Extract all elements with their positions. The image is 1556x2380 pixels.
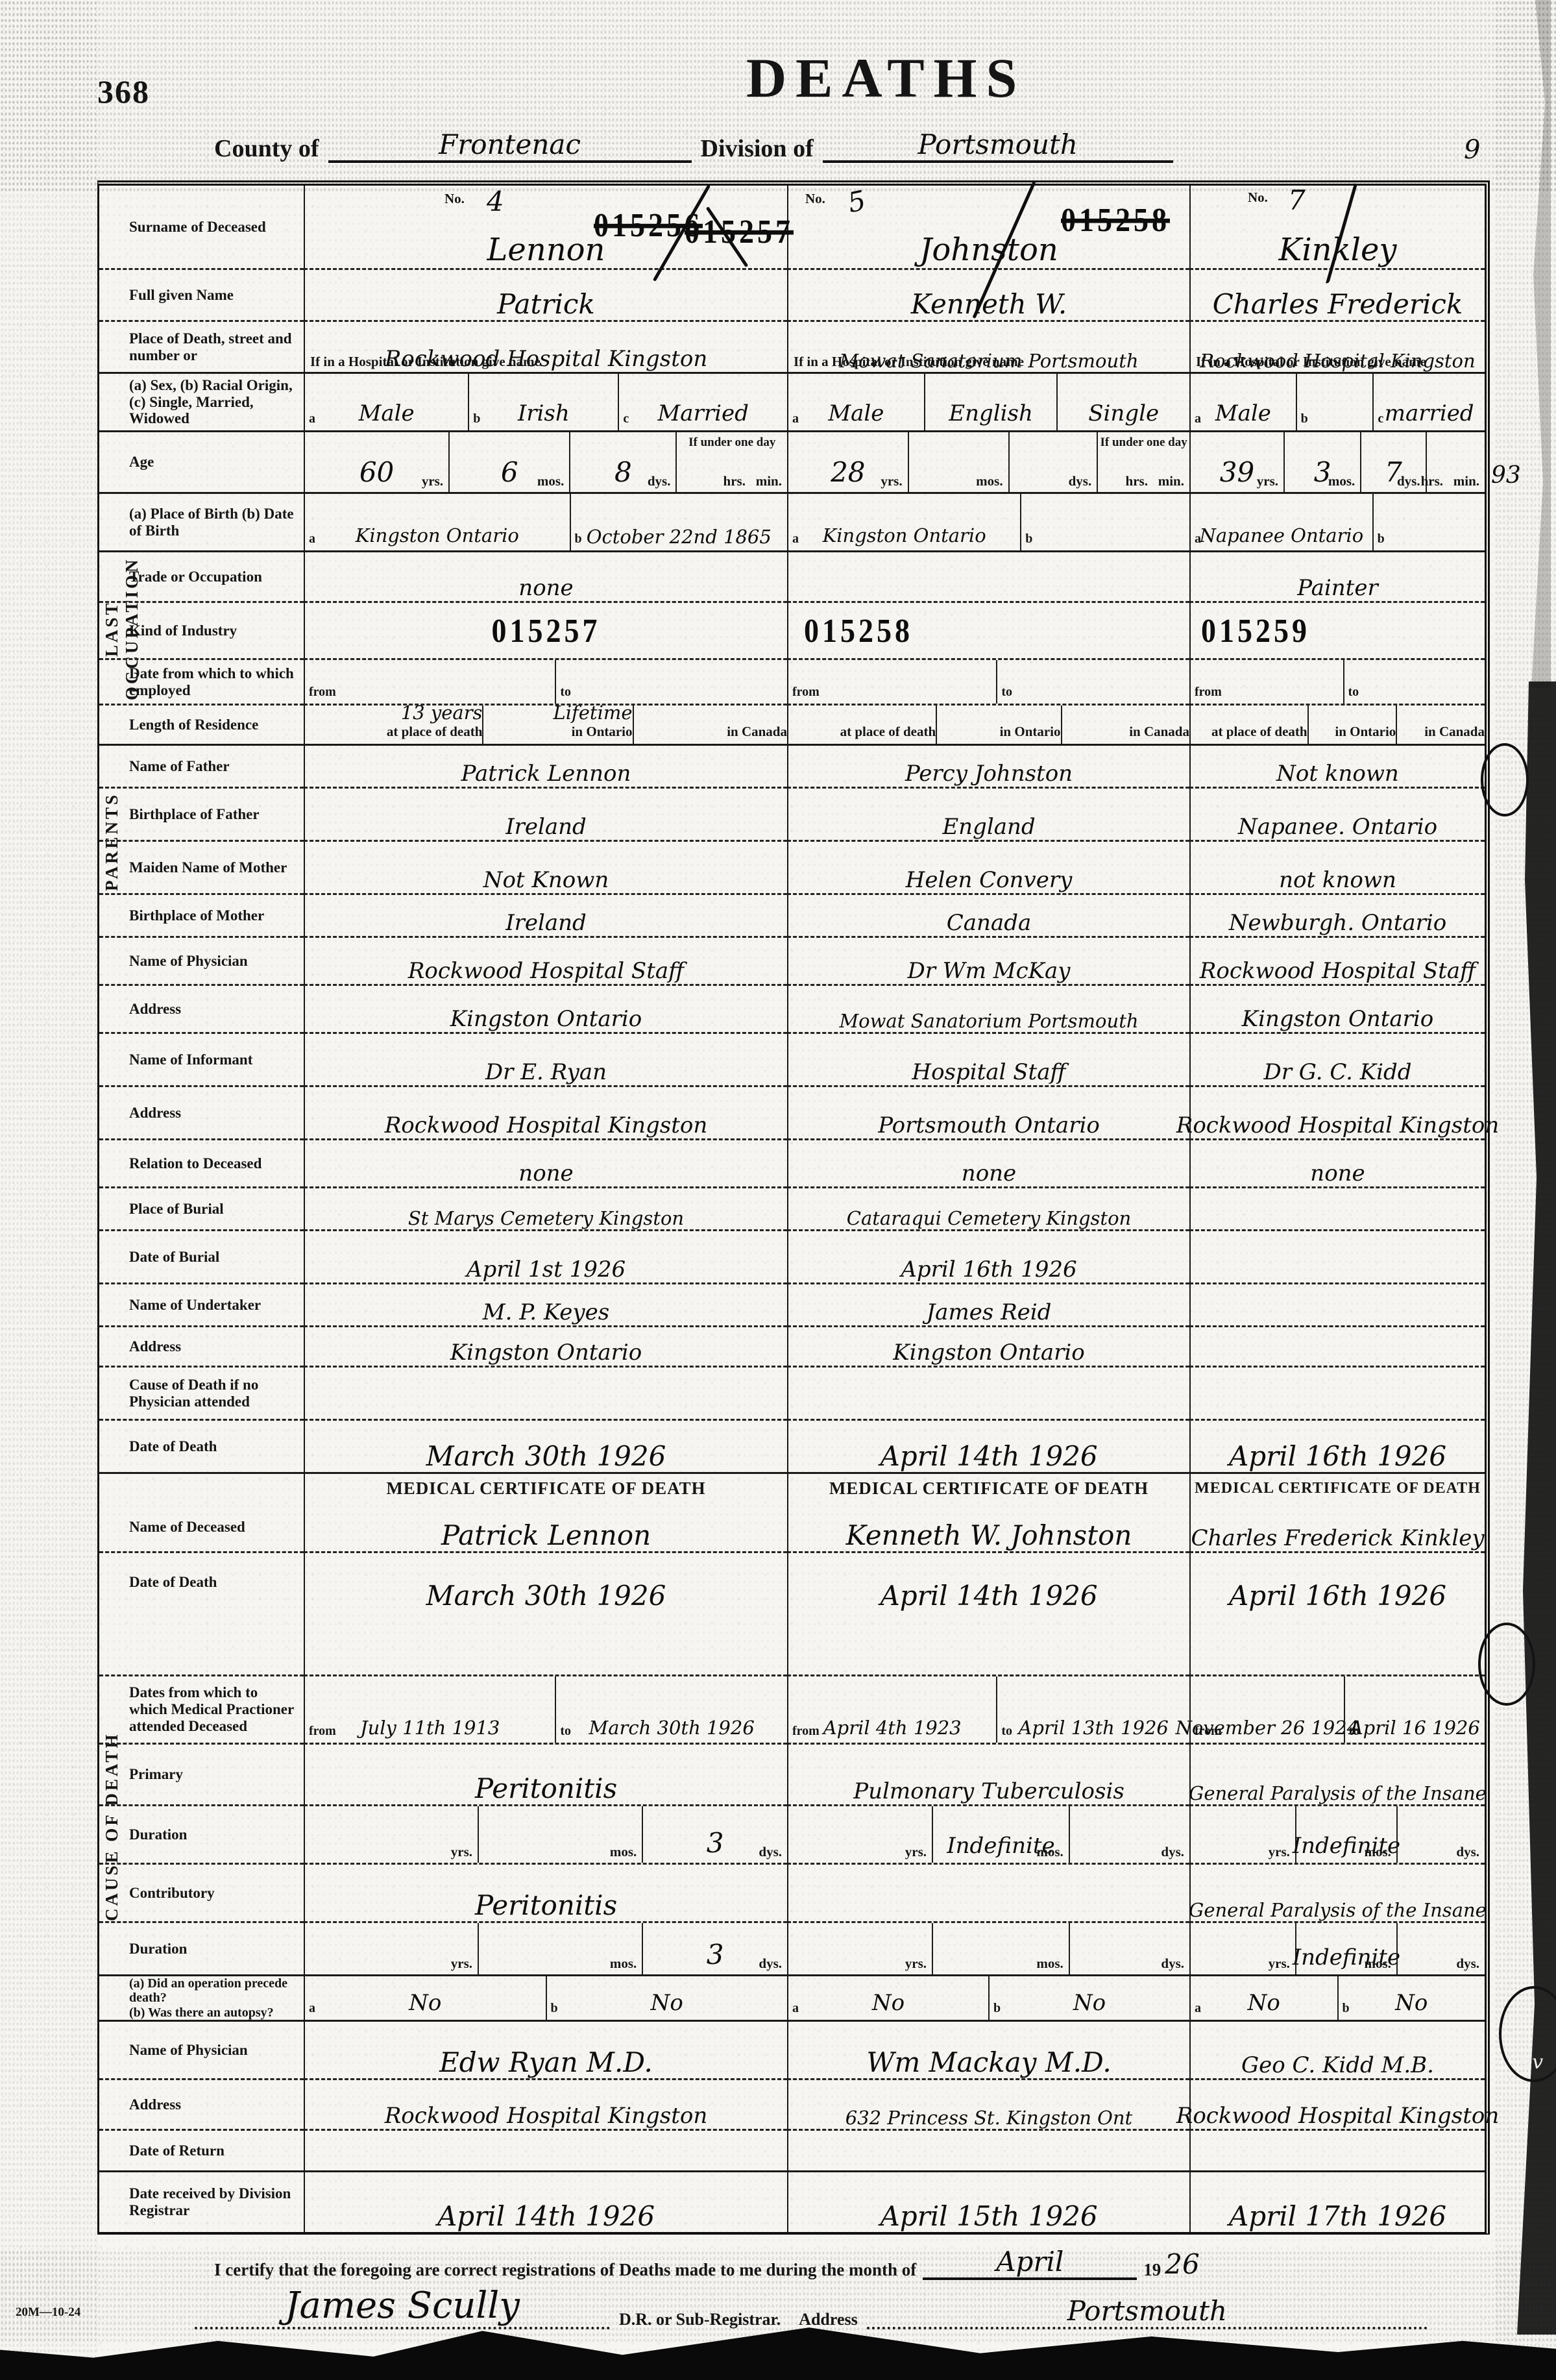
unit-mos: mos. (976, 473, 1003, 489)
pfx-b: b (993, 2001, 1001, 2016)
row-med-cert-header: MEDICAL CERTIFICATE OF DEATH MEDICAL CER… (99, 1474, 1485, 1503)
county-value: Frontenac (439, 129, 581, 160)
row-physician-address: Address Kingston Ontario Mowat Sanatoriu… (99, 986, 1485, 1034)
record1-father: Patrick Lennon (461, 761, 631, 787)
record2-mother-bp: Canada (947, 910, 1032, 936)
record1-informant: Dr E. Ryan (485, 1059, 607, 1085)
certification-month: April (996, 2246, 1064, 2277)
record1-date-received: April 14th 1926 (437, 2200, 655, 2232)
under-one-day-note: If under one day (1099, 436, 1188, 450)
pfx-b: b (1301, 411, 1308, 426)
record3-stamp: 015258 (1061, 201, 1170, 239)
label-cause-no-physician: Cause of Death if no Physician attended (99, 1368, 304, 1421)
row-burial-place: Place of Burial St Marys Cemetery Kingst… (99, 1188, 1485, 1231)
record1-age-mos: 6 (501, 456, 518, 488)
record2-date-received: April 15th 1926 (880, 2200, 1097, 2232)
label-place-of-death: Place of Death, street and number or (99, 322, 304, 374)
pfx-c: c (623, 411, 629, 426)
record2-cert-name: Kenneth W. Johnston (846, 1519, 1132, 1551)
record3-given-name: Charles Frederick (1213, 288, 1463, 320)
to-label: to (1348, 685, 1359, 700)
record3-sex: Male (1215, 400, 1271, 426)
unit-hrs: hrs. (1126, 473, 1148, 489)
hospital-note: If in a Hospital or Institution give nam… (794, 354, 1184, 370)
row-cert-physician-address: Address Rockwood Hospital Kingston 632 P… (99, 2080, 1485, 2131)
margin-note-93: 93 (1491, 462, 1521, 489)
unit-mos: mos. (1036, 1956, 1063, 1972)
record2-informant-addr: Portsmouth Ontario (878, 1112, 1100, 1138)
record1-undertaker-addr: Kingston Ontario (450, 1340, 642, 1366)
label-attended: Dates from which to which Medical Practi… (99, 1676, 304, 1745)
in-canada-label: in Canada (1424, 724, 1485, 740)
registrar-label: D.R. or Sub-Registrar. (619, 2310, 781, 2329)
record1-cert-date: March 30th 1926 (426, 1580, 666, 1612)
label-industry: Kind of Industry (99, 603, 304, 660)
label-informant: Name of Informant (99, 1034, 304, 1087)
row-contributory-duration: Duration yrs. mos. dys.3 yrs. mos. dys. … (99, 1923, 1485, 1976)
record1-age-dys: 8 (614, 456, 632, 488)
record3-cert-name: Charles Frederick Kinkley (1191, 1525, 1484, 1551)
label-residence: Length of Residence (99, 705, 304, 746)
unit-mos: mos. (1328, 473, 1355, 489)
record2-cert-date: April 14th 1926 (880, 1580, 1097, 1612)
record2-given-name: Kenneth W. (911, 288, 1067, 320)
pfx-b: b (473, 411, 480, 426)
label-father-birthplace: Birthplace of Father (99, 789, 304, 842)
page-number: 368 (97, 73, 150, 110)
register-table: LAST OCCUPATION PARENTS CAUSE OF DEATH S… (97, 180, 1490, 2235)
record2-physician: Dr Wm McKay (907, 958, 1070, 984)
pfx-a: a (1195, 2001, 1201, 2016)
in-canada-label: in Canada (1129, 724, 1189, 740)
row-undertaker-address: Address Kingston Ontario Kingston Ontari… (99, 1327, 1485, 1368)
record3-occupation: Painter (1297, 575, 1378, 601)
record1-date-of-death: March 30th 1926 (426, 1440, 666, 1472)
operation-label: (a) Did an operation precede death? (129, 1976, 297, 2006)
record1-birth-place: Kingston Ontario (356, 524, 519, 546)
label-physician: Name of Physician (99, 938, 304, 986)
record1-industry-stamp: 015257 (492, 611, 601, 650)
record2-cert-physician-addr: 632 Princess St. Kingston Ont (845, 2107, 1132, 2129)
registrar-signature: James Scully (285, 2285, 520, 2327)
at-place-label: at place of death (387, 724, 483, 740)
label-surname: Surname of Deceased (99, 186, 304, 270)
pfx-b: b (1378, 532, 1385, 546)
record2-racial-origin: English (949, 400, 1033, 426)
unit-mos: mos. (1365, 1956, 1391, 1972)
to-label: to (1001, 685, 1012, 700)
margin-note-9: 9 (1464, 135, 1480, 165)
row-place-of-death: Place of Death, street and number or Roc… (99, 322, 1485, 374)
from-label: from (309, 685, 336, 700)
unit-yrs: yrs. (451, 1844, 472, 1860)
record2-stamp: 015257 (685, 212, 794, 251)
at-place-label: at place of death (1211, 724, 1307, 740)
label-physician: Name of Physician (99, 2022, 304, 2080)
record2-burial-place: Cataraqui Cemetery Kingston (847, 1207, 1131, 1229)
record3-operation: No (1248, 1990, 1280, 2016)
unit-hrs: hrs. (1421, 473, 1443, 489)
division-label: Division of (701, 134, 814, 163)
pfx-a: a (309, 2001, 315, 2016)
label-burial-date: Date of Burial (99, 1231, 304, 1284)
to-label: to (560, 1724, 571, 1739)
row-relation: Relation to Deceased none none none (99, 1140, 1485, 1188)
record1-birth-date: October 22nd 1865 (587, 527, 772, 546)
row-mother: Maiden Name of Mother Not Known Helen Co… (99, 842, 1485, 895)
label-date-of-death: Date of Death (99, 1421, 304, 1474)
record1-cert-name: Patrick Lennon (441, 1519, 651, 1551)
label-given-name: Full given Name (99, 270, 304, 322)
record3-father-bp: Napanee. Ontario (1238, 814, 1437, 840)
label-empty (99, 1474, 304, 1503)
record2-burial-date: April 16th 1926 (901, 1257, 1076, 1282)
under-one-day-note: If under one day (678, 436, 786, 450)
pfx-a: a (309, 411, 315, 426)
record1-operation: No (409, 1990, 441, 2016)
record2-age-yrs: 28 (831, 456, 865, 488)
row-cause-no-physician: Cause of Death if no Physician attended (99, 1368, 1485, 1421)
unit-min: min. (1158, 473, 1184, 489)
record1-attended-from: July 11th 1913 (360, 1717, 500, 1739)
no-label: No. (805, 191, 825, 207)
unit-dys: dys. (759, 1956, 782, 1972)
record3-informant: Dr G. C. Kidd (1263, 1059, 1411, 1085)
record3-age-yrs: 39 (1220, 456, 1254, 488)
row-physician: Name of Physician Rockwood Hospital Staf… (99, 938, 1485, 986)
record3-autopsy: No (1395, 1990, 1428, 2016)
to-label: to (1349, 1724, 1360, 1739)
in-canada-label: in Canada (727, 724, 787, 740)
record1-cert-physician-addr: Rockwood Hospital Kingston (385, 2103, 708, 2129)
record1-autopsy: No (651, 1990, 683, 2016)
record2-attended-from: April 4th 1923 (823, 1717, 962, 1739)
row-birth: (a) Place of Birth (b) Date of Birth aKi… (99, 494, 1485, 552)
record3-date-of-death: April 16th 1926 (1229, 1440, 1446, 1472)
label-undertaker: Name of Undertaker (99, 1284, 304, 1327)
unit-yrs: yrs. (881, 473, 902, 489)
record3-no: 7 (1288, 184, 1306, 216)
scan-edge-bottom (0, 2324, 1556, 2380)
pfx-a: a (1195, 532, 1201, 546)
row-informant: Name of Informant Dr E. Ryan Hospital St… (99, 1034, 1485, 1087)
row-father: Name of Father Patrick Lennon Percy John… (99, 746, 1485, 789)
unit-yrs: yrs. (1257, 473, 1278, 489)
record1-contributory: Peritonitis (475, 1889, 617, 1921)
record1-no: 4 (487, 186, 504, 217)
label-employed: Date from which to which employed (99, 660, 304, 705)
record3-primary: General Paralysis of the Insane (1189, 1782, 1487, 1804)
autopsy-label: (b) Was there an autopsy? (129, 2006, 297, 2020)
row-given-name: Full given Name Patrick Kenneth W. Charl… (99, 270, 1485, 322)
row-burial-date: Date of Burial April 1st 1926 April 16th… (99, 1231, 1485, 1284)
row-employed: Date from which to which employed from t… (99, 660, 1485, 705)
record2-autopsy: No (1073, 1990, 1106, 2016)
label-address: Address (99, 986, 304, 1034)
from-label: from (792, 685, 820, 700)
unit-mos: mos. (610, 1844, 637, 1860)
record1-surname: Lennon (487, 232, 605, 268)
record2-attended-to: April 13th 1926 (1018, 1717, 1168, 1739)
row-residence: Length of Residence 13 yearsat place of … (99, 705, 1485, 746)
record2-undertaker-addr: Kingston Ontario (893, 1340, 1085, 1366)
pfx-b: b (575, 532, 582, 546)
unit-min: min. (1453, 473, 1479, 489)
record2-mother: Helen Convery (906, 867, 1073, 893)
record2-date-of-death: April 14th 1926 (880, 1440, 1097, 1472)
unit-mos: mos. (1365, 1844, 1391, 1860)
record1-contrib-dur-dys: 3 (707, 1939, 724, 1970)
label-father: Name of Father (99, 746, 304, 789)
page-title: DEATHS (746, 45, 1026, 110)
record3-physician: Rockwood Hospital Staff (1200, 958, 1476, 984)
label-primary: Primary (99, 1745, 304, 1806)
label-relation: Relation to Deceased (99, 1140, 304, 1188)
row-cert-name: Name of Deceased Patrick Lennon Kenneth … (99, 1503, 1485, 1553)
unit-dys: dys. (759, 1844, 782, 1860)
record2-father: Percy Johnston (905, 761, 1073, 787)
unit-mos: mos. (610, 1956, 637, 1972)
unit-yrs: yrs. (451, 1956, 472, 1972)
to-label: to (560, 685, 571, 700)
row-age: Age 60yrs. 6mos. 8dys. If under one dayh… (99, 432, 1485, 494)
certification-year: 26 (1165, 2248, 1199, 2280)
row-mother-birthplace: Birthplace of Mother Ireland Canada Newb… (99, 895, 1485, 938)
row-primary-cause: Primary Peritonitis Pulmonary Tuberculos… (99, 1745, 1485, 1806)
in-ontario-label: in Ontario (1000, 724, 1061, 740)
record2-sex: Male (828, 400, 884, 426)
row-informant-address: Address Rockwood Hospital Kingston Ports… (99, 1087, 1485, 1140)
record1-mother: Not Known (483, 867, 609, 893)
record1-physician-addr: Kingston Ontario (450, 1006, 642, 1032)
unit-yrs: yrs. (1269, 1956, 1290, 1972)
pfx-b: b (1025, 532, 1032, 546)
record1-racial-origin: Irish (518, 400, 570, 426)
division-value: Portsmouth (918, 129, 1078, 160)
registrar-address: Portsmouth (1067, 2295, 1227, 2327)
unit-dys: dys. (1069, 473, 1092, 489)
in-ontario-label: in Ontario (572, 724, 633, 740)
record3-mother: not known (1279, 867, 1396, 893)
label-duration: Duration (99, 1806, 304, 1865)
label-birth: (a) Place of Birth (b) Date of Birth (99, 494, 304, 552)
label-address: Address (99, 2080, 304, 2131)
certification-text: I certify that the foregoing are correct… (214, 2260, 916, 2280)
label-date-of-death: Date of Death (99, 1553, 304, 1612)
margin-ring (1481, 743, 1529, 816)
med-cert-title: MEDICAL CERTIFICATE OF DEATH (1191, 1474, 1485, 1503)
unit-dys: dys. (1456, 1956, 1479, 1972)
unit-dys: dys. (1397, 473, 1420, 489)
record3-father: Not known (1276, 761, 1399, 787)
record3-date-received: April 17th 1926 (1229, 2200, 1446, 2232)
no-label: No. (444, 191, 465, 207)
hospital-note: If in a Hospital or Institution give nam… (1196, 354, 1479, 370)
unit-mos: mos. (537, 473, 564, 489)
row-cert-date: Date of Death March 30th 1926 April 14th… (99, 1553, 1485, 1612)
in-ontario-label: in Ontario (1335, 724, 1396, 740)
record3-informant-addr: Rockwood Hospital Kingston (1176, 1112, 1500, 1138)
row-date-of-death: Date of Death March 30th 1926 April 14th… (99, 1421, 1485, 1474)
record2-operation: No (872, 1990, 905, 2016)
record1-occupation: none (518, 575, 573, 601)
from-label: from (1195, 1724, 1222, 1739)
pfx-a: a (792, 2001, 799, 2016)
record2-industry-stamp: 015258 (804, 611, 913, 650)
record1-burial-date: April 1st 1926 (467, 1257, 626, 1282)
unit-dys: dys. (648, 473, 671, 489)
from-label: from (1195, 685, 1222, 700)
record1-sex: Male (359, 400, 415, 426)
record1-cert-physician: Edw Ryan M.D. (439, 2046, 653, 2078)
record3-birth-place: Napanee Ontario (1199, 524, 1363, 546)
pfx-c: c (1378, 411, 1383, 426)
med-cert-title: MEDICAL CERTIFICATE OF DEATH (305, 1474, 787, 1503)
record3-marital: married (1385, 400, 1474, 426)
record3-industry-stamp: 015259 (1201, 611, 1310, 650)
label-address: Address (99, 1087, 304, 1140)
record3-cert-physician: Geo C. Kidd M.B. (1241, 2052, 1434, 2078)
pfx-a: a (1195, 411, 1201, 426)
scan-noise-left (0, 0, 97, 2380)
label-mother-birthplace: Birthplace of Mother (99, 895, 304, 938)
year-printed: 19 (1143, 2260, 1161, 2280)
record1-marital: Married (657, 400, 748, 426)
record3-physician-addr: Kingston Ontario (1242, 1006, 1434, 1032)
row-blank (99, 1612, 1485, 1676)
unit-yrs: yrs. (422, 473, 443, 489)
record2-cert-physician: Wm Mackay M.D. (866, 2046, 1111, 2078)
record2-physician-addr: Mowat Sanatorium Portsmouth (839, 1010, 1138, 1032)
to-label: to (1001, 1724, 1012, 1739)
row-cert-physician: Name of Physician Edw Ryan M.D. Wm Macka… (99, 2022, 1485, 2080)
record1-relation: none (518, 1160, 573, 1186)
pfx-b: b (1343, 2001, 1350, 2016)
record2-informant: Hospital Staff (912, 1059, 1065, 1085)
record2-father-bp: England (942, 814, 1035, 840)
label-duration: Duration (99, 1923, 304, 1976)
row-contributory: Contributory Peritonitis General Paralys… (99, 1865, 1485, 1923)
record1-father-bp: Ireland (505, 814, 587, 840)
hospital-note: If in a Hospital or Institution give nam… (310, 354, 782, 370)
label-address: Address (99, 1327, 304, 1368)
pfx-b: b (551, 2001, 558, 2016)
scan-edge-artifact (1517, 681, 1556, 2335)
record2-primary: Pulmonary Tuberculosis (853, 1778, 1124, 1804)
registrar-address-label: Address (799, 2310, 858, 2329)
form-code: 20M—10-24 (16, 2305, 80, 2320)
unit-yrs: yrs. (905, 1956, 927, 1972)
unit-min: min. (756, 473, 782, 489)
record1-attended-to: March 30th 1926 (589, 1717, 755, 1739)
record1-res-place: 13 years (401, 702, 483, 724)
row-undertaker: Name of Undertaker M. P. Keyes James Rei… (99, 1284, 1485, 1327)
label-age: Age (99, 432, 304, 494)
label-sex: (a) Sex, (b) Racial Origin, (c) Single, … (99, 374, 304, 432)
unit-dys: dys. (1456, 1844, 1479, 1860)
margin-note-dv: dv (1520, 2051, 1543, 2074)
record2-surname: Johnston (919, 232, 1058, 268)
record2-undertaker: James Reid (927, 1299, 1052, 1325)
record3-cert-date: April 16th 1926 (1229, 1580, 1446, 1612)
unit-yrs: yrs. (1269, 1844, 1290, 1860)
record1-mother-bp: Ireland (505, 910, 587, 936)
med-cert-title: MEDICAL CERTIFICATE OF DEATH (788, 1474, 1189, 1503)
label-operation-autopsy: (a) Did an operation precede death? (b) … (99, 1976, 304, 2022)
label-burial-place: Place of Burial (99, 1188, 304, 1231)
record1-age-yrs: 60 (359, 456, 394, 488)
label-name-of-deceased: Name of Deceased (99, 1503, 304, 1553)
at-place-label: at place of death (840, 724, 936, 740)
from-label: from (309, 1724, 336, 1739)
pfx-a: a (309, 532, 315, 546)
unit-mos: mos. (1036, 1844, 1063, 1860)
certification-line: I certify that the foregoing are correct… (214, 2246, 1486, 2280)
record2-birth-place: Kingston Ontario (823, 524, 986, 546)
label-mother: Maiden Name of Mother (99, 842, 304, 895)
row-sex-origin-marital: (a) Sex, (b) Racial Origin, (c) Single, … (99, 374, 1485, 432)
record2-relation: none (962, 1160, 1016, 1186)
registrar-line: James Scully D.R. or Sub-Registrar. Addr… (195, 2285, 1428, 2329)
record1-informant-addr: Rockwood Hospital Kingston (385, 1112, 708, 1138)
record3-mother-bp: Newburgh. Ontario (1229, 910, 1446, 936)
no-label: No. (1248, 190, 1268, 206)
row-date-of-return: Date of Return (99, 2131, 1485, 2172)
pfx-a: a (792, 411, 799, 426)
row-father-birthplace: Birthplace of Father Ireland England Nap… (99, 789, 1485, 842)
unit-yrs: yrs. (905, 1844, 927, 1860)
label-date-of-return: Date of Return (99, 2131, 304, 2172)
county-label: County of (214, 134, 319, 163)
unit-dys: dys. (1161, 1956, 1184, 1972)
record3-surname-cell: 015258 No. 7 Kinkley (1189, 186, 1485, 270)
row-date-received: Date received by Division Registrar Apri… (99, 2172, 1485, 2232)
row-surname: Surname of Deceased No. 4 015256 Lennon … (99, 186, 1485, 270)
death-register-page: 368 DEATHS County of Frontenac Division … (0, 0, 1556, 2380)
record1-burial-place: St Marys Cemetery Kingston (408, 1207, 684, 1229)
record3-attended-to: April 16 1926 (1350, 1717, 1480, 1739)
record1-undertaker: M. P. Keyes (483, 1299, 609, 1325)
record3-relation: none (1310, 1160, 1365, 1186)
record1-primary-dur-dys: 3 (707, 1827, 724, 1859)
label-occupation: Trade or Occupation (99, 552, 304, 603)
record1-primary: Peritonitis (475, 1773, 617, 1804)
from-label: from (792, 1724, 820, 1739)
scan-edge-artifact (1531, 0, 1551, 688)
record1-res-ontario: Lifetime (553, 702, 633, 724)
label-date-received: Date received by Division Registrar (99, 2172, 304, 2232)
label-contributory: Contributory (99, 1865, 304, 1923)
row-operation-autopsy: (a) Did an operation precede death? (b) … (99, 1976, 1485, 2022)
row-occupation: Trade or Occupation none Painter (99, 552, 1485, 603)
row-industry: Kind of Industry 015257 015258 015259 (99, 603, 1485, 660)
pfx-a: a (792, 532, 799, 546)
row-primary-duration: Duration yrs. mos. dys.3 yrs. mos.Indefi… (99, 1806, 1485, 1865)
record3-contributory: General Paralysis of the Insane (1189, 1899, 1487, 1921)
record1-given-name: Patrick (497, 288, 595, 320)
record1-physician: Rockwood Hospital Staff (408, 958, 684, 984)
record3-cert-physician-addr: Rockwood Hospital Kingston (1176, 2103, 1500, 2129)
unit-hrs: hrs. (723, 473, 746, 489)
row-attended: Dates from which to which Medical Practi… (99, 1676, 1485, 1745)
record2-marital: Single (1088, 400, 1159, 426)
county-division-line: County of Frontenac Division of Portsmou… (214, 129, 1447, 163)
unit-dys: dys. (1161, 1844, 1184, 1860)
